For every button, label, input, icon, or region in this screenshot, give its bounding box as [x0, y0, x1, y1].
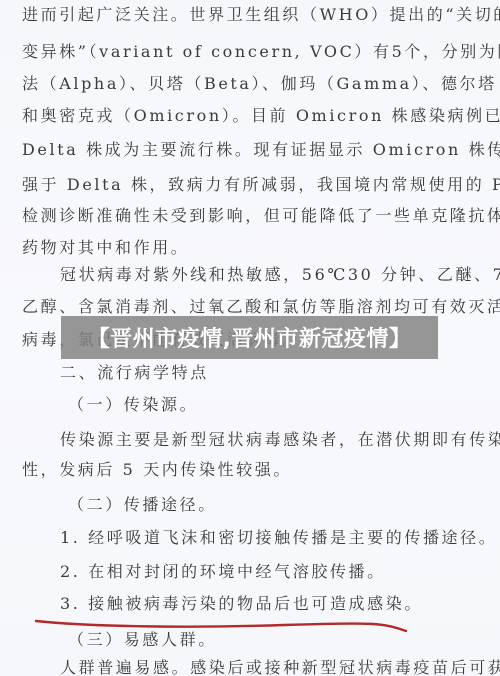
list-item: 1. 经呼吸道飞沫和密切接触传播是主要的传播途径。 [60, 528, 497, 548]
paragraph-line: 药物对其中和作用。 [22, 238, 189, 258]
title-overlay-text: 【晋州市疫情,晋州市新冠疫情】 [88, 322, 412, 353]
paragraph-line: 变异株”（variant of concern, VOC）有5个，分别为阿尔 [22, 42, 500, 62]
paragraph-line: Delta 株成为主要流行株。现有证据显示 Omicron 株传播力 [22, 140, 500, 160]
list-item: 3. 接触被病毒污染的物品后也可造成感染。 [60, 594, 423, 614]
paragraph-line: 检测诊断准确性未受到影响，但可能降低了一些单克隆抗体 [22, 206, 500, 226]
subsection-heading: （二）传播途径。 [68, 495, 217, 515]
paragraph-line: 冠状病毒对紫外线和热敏感，56℃30 分钟、乙醚、75% [60, 265, 500, 285]
red-pen-underline [34, 615, 414, 635]
paragraph-line: 进而引起广泛关注。世界卫生组织（WHO）提出的“关切的 [22, 5, 500, 25]
list-item: 2. 在相对封闭的环境中经气溶胶传播。 [60, 562, 386, 582]
section-heading: 二、流行病学特点 [60, 363, 209, 383]
subsection-heading: （一）传染源。 [68, 395, 198, 415]
paragraph-line: 法（Alpha）、贝塔（Beta）、伽玛（Gamma）、德尔塔（Delta） [22, 74, 500, 94]
paragraph-line: 乙醇、含氯消毒剂、过氧乙酸和氯仿等脂溶剂均可有效灭活 [22, 297, 500, 317]
paragraph-line: 性，发病后 5 天内传染性较强。 [22, 460, 292, 480]
paragraph-line: 和奥密克戎（Omicron）。目前 Omicron 株感染病例已取代 [22, 106, 500, 126]
paragraph-line: 传染源主要是新型冠状病毒感染者，在潜伏期即有传染 [60, 430, 500, 450]
paragraph-line: 人群普遍易感。感染后或接种新型冠状病毒疫苗后可获 [60, 658, 500, 676]
paragraph-line: 强于 Delta 株，致病力有所减弱，我国境内常规使用的 PCR [22, 175, 500, 195]
title-overlay-banner: 【晋州市疫情,晋州市新冠疫情】 [61, 316, 438, 359]
